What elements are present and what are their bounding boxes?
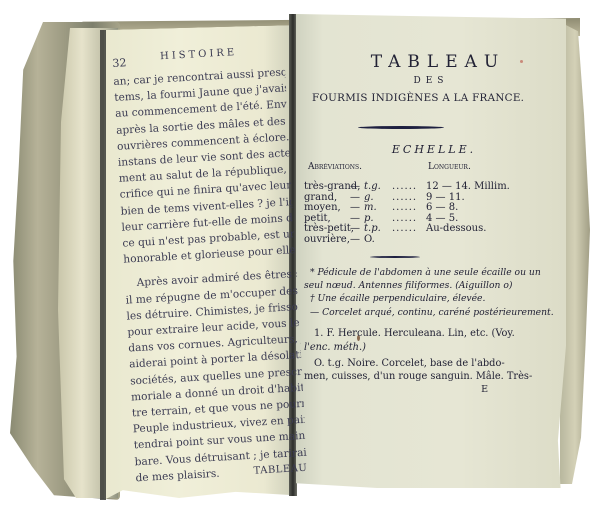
note-line: * Pédicule de l'abdomen à une seule écai… [304, 266, 554, 279]
species-entries: 1. F. Hercule. Herculeana. Lin, etc. (Vo… [304, 327, 554, 384]
note-line: — Corcelet arqué, continu, caréné postér… [304, 306, 554, 319]
leader-dots [392, 235, 426, 246]
ornamental-rule [370, 256, 420, 258]
scale-row: très-grand, — t.g. ...... 12 — 14. Milli… [304, 182, 554, 193]
ornamental-rule [358, 126, 444, 129]
right-page-text: TABLEAU DES FOURMIS INDIGÈNES A LA FRANC… [304, 52, 554, 395]
length: Au-dessous. [426, 224, 554, 235]
col-abbreviations: Abréviations. [308, 162, 362, 172]
col-length: Longueur. [428, 162, 471, 172]
leader-dots: ...... [392, 224, 426, 235]
entry-line: 1. F. Hercule. Herculeana. Lin, etc. (Vo… [304, 327, 554, 340]
table-title-des: DES [308, 76, 554, 86]
scale-heading: ECHELLE. [314, 143, 554, 156]
entry-line: men, cuisses, d'un rouge sanguin. Mâle. … [304, 370, 554, 383]
table-subtitle: FOURMIS INDIGÈNES A LA FRANCE. [312, 92, 554, 104]
length: 12 — 14. Millim. [426, 182, 554, 193]
entry-line: l'enc. méth.) [304, 341, 554, 354]
scale-row: ouvrière, — O. [304, 235, 554, 246]
size-name: très-grand, [304, 182, 350, 193]
page-number: 32 [112, 55, 127, 72]
note-line: seul nœud. Antennes filiformes. (Aiguill… [304, 279, 554, 292]
signature-mark: E [304, 384, 554, 395]
legend-notes: * Pédicule de l'abdomen à une seule écai… [304, 266, 554, 320]
dash: — [350, 182, 364, 193]
left-page-text: 32 HISTOIRE an; car je rencontrai aussi … [112, 46, 308, 486]
size-name: ouvrière, [304, 235, 350, 246]
paragraph-1: an; car je rencontrai aussi presque en m… [113, 64, 296, 268]
leader-dots: ...... [392, 182, 426, 193]
abbreviation: O. [364, 235, 392, 246]
open-book: 32 HISTOIRE an; car je rencontrai aussi … [0, 0, 600, 524]
note-line: † Une écaille perpendiculaire, élevée. [304, 292, 554, 305]
length [426, 235, 554, 246]
table-title: TABLEAU [322, 52, 554, 72]
scale-table: très-grand, — t.g. ...... 12 — 14. Milli… [304, 182, 554, 246]
paragraph-2: Après avoir admiré des êtres si intéress… [124, 266, 307, 486]
left-page-shadow [100, 30, 106, 500]
dash: — [350, 235, 364, 246]
scale-column-headers: Abréviations. Longueur. [304, 162, 554, 176]
entry-line: O. t.g. Noire. Corcelet, base de l'abdo- [304, 357, 554, 370]
running-title: HISTOIRE [160, 45, 238, 65]
abbreviation: t.g. [364, 182, 392, 193]
